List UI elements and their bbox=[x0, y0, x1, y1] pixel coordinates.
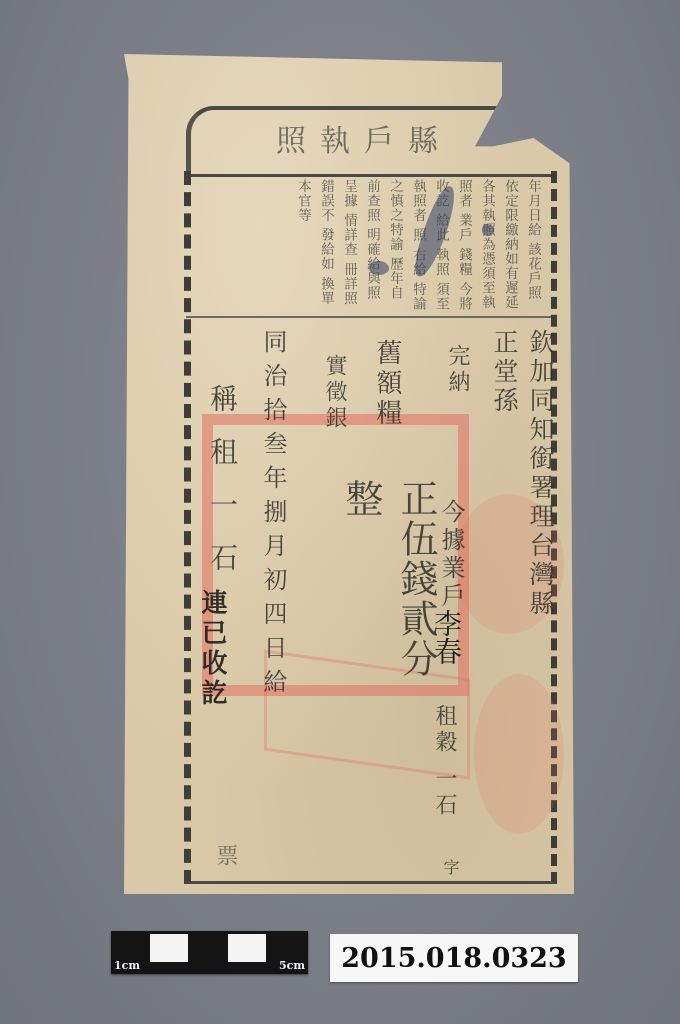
scale-cell-white bbox=[228, 934, 266, 962]
text-column-completed: 完納 bbox=[442, 344, 473, 424]
scale-cell-white bbox=[150, 934, 188, 962]
text-column-magistrate: 欽加同知銜署理台灣縣正堂孫 bbox=[486, 329, 558, 629]
red-seal-wash bbox=[474, 674, 564, 834]
accession-number-label: 2015.018.0323 bbox=[330, 934, 578, 982]
amount-large: 正伍錢貳分整 bbox=[334, 479, 444, 699]
grain-column: 稱 租 一 石 bbox=[202, 384, 242, 584]
bottom-right-mark: 字 bbox=[439, 859, 462, 881]
bottom-right-text: 租穀 一石 bbox=[429, 704, 460, 834]
document-title: 照執戶縣 bbox=[244, 116, 484, 160]
received-stamp: 連已收訖 bbox=[194, 589, 231, 709]
scale-bar: 1cm 5cm bbox=[111, 931, 308, 974]
scale-label-left: 1cm bbox=[114, 959, 140, 972]
text-column-levy: 實徵銀 bbox=[319, 354, 350, 464]
scale-label-right: 5cm bbox=[279, 959, 305, 972]
handwritten-name: 李春 bbox=[426, 609, 466, 665]
paper-sheet: 照執戶縣 年月日給 該花戶照依定限繳納如有遲延各其執照為憑須至執照者 業戶 錢糧… bbox=[124, 54, 574, 894]
date-column: 同治拾叁年捌月初四日給 bbox=[256, 329, 291, 789]
bottom-left-mark: 票 bbox=[210, 844, 241, 874]
text-column-old-quota: 舊額糧 bbox=[369, 339, 406, 449]
